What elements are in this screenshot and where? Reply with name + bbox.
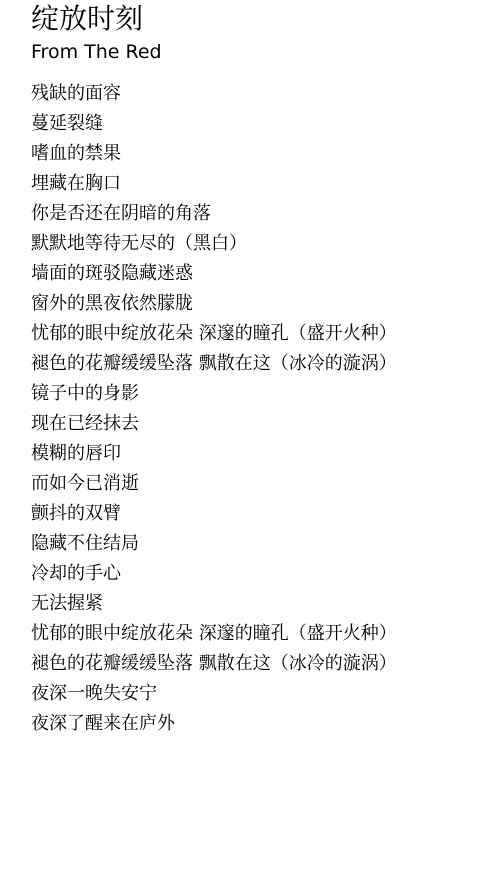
lyric-line: 隐藏不住结局 [31,529,397,559]
lyric-line: 无法握紧 [31,589,397,619]
lyric-line: 镜子中的身影 [31,379,397,409]
lyric-line: 夜深一晚失安宁 [31,679,397,709]
lyric-line: 模糊的唇印 [31,439,397,469]
lyric-line: 嗜血的禁果 [31,139,397,169]
lyric-line: 你是否还在阴暗的角落 [31,199,397,229]
lyric-line: 忧郁的眼中绽放花朵 深邃的瞳孔（盛开火种） [31,319,397,349]
lyrics-list: 残缺的面容 蔓延裂缝 嗜血的禁果 埋藏在胸口 你是否还在阴暗的角落 默默地等待无… [31,79,397,739]
lyric-line: 蔓延裂缝 [31,109,397,139]
lyric-line: 冷却的手心 [31,559,397,589]
lyric-line: 残缺的面容 [31,79,397,109]
lyric-line: 颤抖的双臂 [31,499,397,529]
lyric-line: 墙面的斑驳隐藏迷惑 [31,259,397,289]
lyric-line: 窗外的黑夜依然朦胧 [31,289,397,319]
lyric-line: 褪色的花瓣缓缓坠落 飘散在这（冰冷的漩涡） [31,649,397,679]
artist-name: From The Red [31,39,162,65]
lyric-line: 褪色的花瓣缓缓坠落 飘散在这（冰冷的漩涡） [31,349,397,379]
lyric-line: 默默地等待无尽的（黑白） [31,229,397,259]
lyric-line: 现在已经抹去 [31,409,397,439]
lyric-line: 埋藏在胸口 [31,169,397,199]
lyric-line: 夜深了醒来在庐外 [31,709,397,739]
lyric-line: 忧郁的眼中绽放花朵 深邃的瞳孔（盛开火种） [31,619,397,649]
lyric-line: 而如今已消逝 [31,469,397,499]
song-title: 绽放时刻 [31,0,143,38]
